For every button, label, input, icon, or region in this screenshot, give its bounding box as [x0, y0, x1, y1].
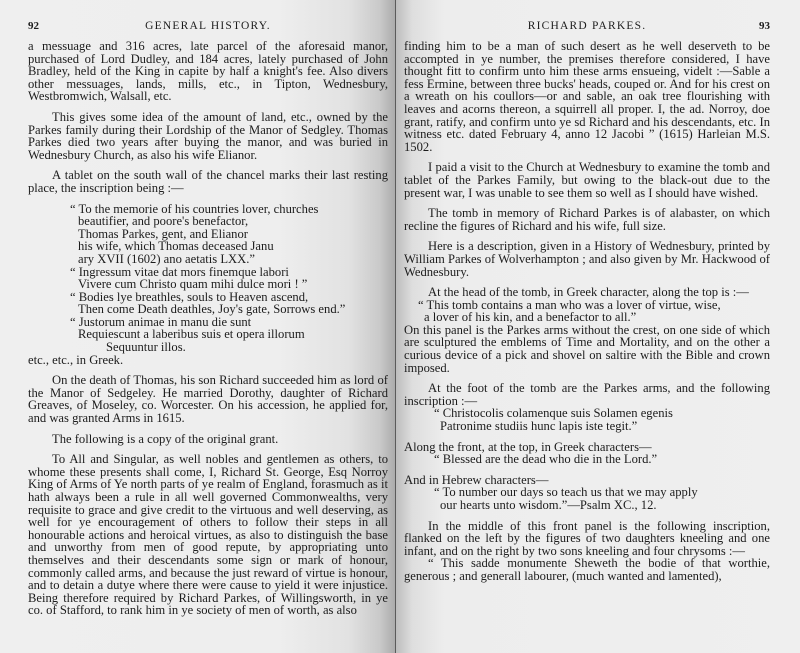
left-paragraph-4: On the death of Thomas, his son Richard … — [28, 374, 388, 424]
left-paragraph-6: To All and Singular, as well nobles and … — [28, 453, 388, 617]
greek-front-quote: “ Blessed are the dead who die in the Lo… — [404, 453, 770, 466]
left-page: 92 GENERAL HISTORY. 92 a messuage and 31… — [0, 0, 396, 653]
quote-line: our hearts unto wisdom.”—Psalm XC., 12. — [404, 499, 770, 512]
latin-foot-quote: “ Christocolis colamenque suis Solamen e… — [404, 407, 770, 432]
right-running-title: RICHARD PARKES. — [415, 20, 759, 33]
inscription-line: beautifier, and poore's benefactor, — [28, 215, 388, 228]
inscription-line: Then come Death deathles, Joy's gate, So… — [28, 303, 388, 316]
right-paragraph-7: At the foot of the tomb are the Parkes a… — [404, 382, 770, 407]
left-paragraph-1: a messuage and 316 acres, late parcel of… — [28, 40, 388, 103]
right-page-number: 93 — [759, 20, 770, 33]
inscription-line: Vivere cum Christo quam mihi dulce mori … — [28, 278, 388, 291]
right-page: 93 RICHARD PARKES. 93 finding him to be … — [396, 0, 800, 653]
right-paragraph-3: The tomb in memory of Richard Parkes is … — [404, 207, 770, 232]
left-running-title: GENERAL HISTORY. — [39, 20, 377, 33]
inscription-line: Requiescunt a laberibus suis et opera il… — [28, 328, 388, 341]
right-paragraph-4: Here is a description, given in a Histor… — [404, 240, 770, 278]
inscription-line: ary XVII (1602) ano aetatis LXX.” — [28, 253, 388, 266]
quote-line: Patronime studiis hunc lapis iste tegit.… — [404, 420, 770, 433]
inscription-line: Sequuntur illos. — [28, 341, 388, 354]
hebrew-quote: “ To number our days so teach us that we… — [404, 486, 770, 511]
right-paragraph-6: On this panel is the Parkes arms without… — [404, 324, 770, 374]
after-inscription-text: etc., etc., in Greek. — [28, 354, 388, 367]
left-running-head: 92 GENERAL HISTORY. 92 — [28, 20, 388, 34]
right-paragraph-10: In the middle of this front panel is the… — [404, 520, 770, 558]
left-paragraph-2: This gives some idea of the amount of la… — [28, 111, 388, 161]
right-paragraph-5: At the head of the tomb, in Greek charac… — [404, 286, 770, 299]
monument-quote: “ This sadde monumente Sheweth the bodie… — [404, 557, 770, 582]
right-paragraph-1: finding him to be a man of such desert a… — [404, 40, 770, 153]
book-spread: 92 GENERAL HISTORY. 92 a messuage and 31… — [0, 0, 800, 653]
left-page-number: 92 — [28, 20, 39, 33]
quote-line: a lover of his kin, and a benefactor to … — [404, 311, 770, 324]
greek-head-quote: “ This tomb contains a man who was a lov… — [404, 299, 770, 324]
right-running-head: 93 RICHARD PARKES. 93 — [404, 20, 770, 34]
left-paragraph-5: The following is a copy of the original … — [28, 433, 388, 446]
right-paragraph-2: I paid a visit to the Church at Wednesbu… — [404, 161, 770, 199]
left-paragraph-3: A tablet on the south wall of the chance… — [28, 169, 388, 194]
tablet-inscription: “ To the memorie of his countries lover,… — [28, 203, 388, 354]
